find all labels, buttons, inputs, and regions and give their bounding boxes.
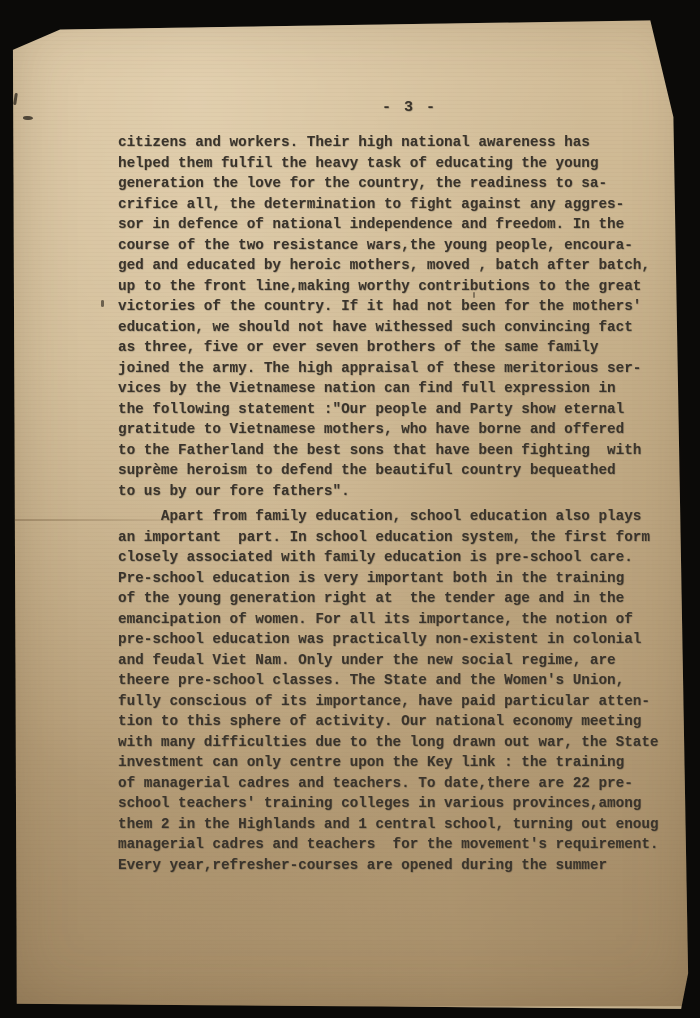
- fold-crease: [14, 519, 334, 521]
- ink-smudge: [13, 93, 18, 105]
- typed-paragraph-1: citizens and workers. Their high nationa…: [118, 133, 650, 502]
- ink-smudge: [6, 806, 15, 832]
- typewritten-page: - 3 - citizens and workers. Their high n…: [0, 0, 700, 1018]
- ink-smudge: [646, 12, 653, 21]
- ink-smudge: [12, 842, 16, 855]
- ink-smudge: [23, 116, 33, 120]
- paper-bottom-edge-highlight: [28, 1006, 683, 1011]
- page-number: - 3 -: [382, 99, 437, 116]
- ink-smudge: [101, 300, 104, 307]
- document-scan: - 3 - citizens and workers. Their high n…: [0, 0, 700, 1018]
- typed-paragraph-2: Apart from family education, school educ…: [118, 507, 659, 876]
- ink-smudge: [473, 292, 475, 298]
